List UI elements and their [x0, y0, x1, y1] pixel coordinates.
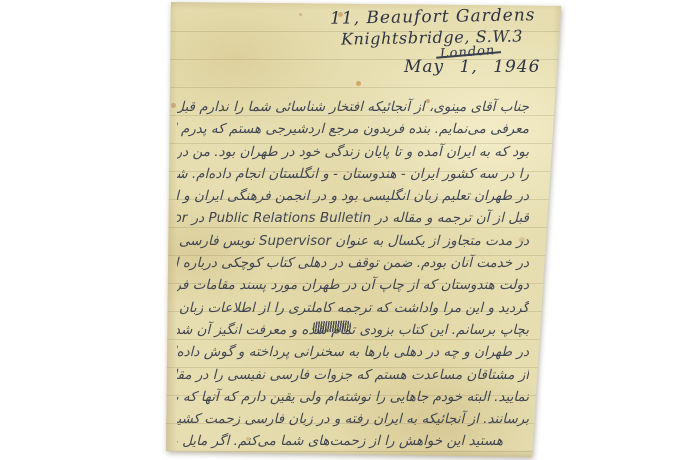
body-line: را در سه کشور ایران - هندوستان - و انگلس…: [177, 163, 529, 185]
foxing-spot: [171, 103, 176, 108]
letter-page: 11, Beaufort Gardens Knightsbridge, S.W.…: [163, 2, 563, 459]
address-line-1: 11, Beaufort Gardens: [330, 5, 536, 29]
body-line: هستید این خواهش را از زحمت‌های شما می‌کن…: [177, 430, 529, 452]
body-line: گردید و این مرا واداشت که ترجمه کاملتری …: [177, 297, 529, 319]
address-line-2: Knightsbridge, S.W.3: [341, 26, 523, 48]
foxing-spot: [356, 81, 361, 86]
body-line: بود که به ایران آمده و تا پایان زندگی خو…: [177, 141, 529, 163]
date-line: May 1, 1946: [404, 57, 540, 77]
body-line: در طهران و چه در دهلی بارها به سخنرانی پ…: [177, 341, 529, 363]
paper-sheet: 11, Beaufort Gardens Knightsbridge, S.W.…: [163, 2, 563, 459]
body-line: از مشتاقان مساعدت هستم که جزوات فارسی نف…: [177, 364, 529, 386]
body-line: بچاپ برسانم. این کتاب بزودی تمام شده و م…: [177, 319, 529, 341]
body-line: معرفی می‌نمایم. بنده فریدون مرجع اردشیرج…: [177, 118, 529, 140]
body-line: جناب آقای مینوی، از آنجائیکه افتخار شناس…: [177, 96, 529, 118]
body-line: برسانند. از آنجائیکه به ایران رفته و در …: [177, 408, 529, 430]
body-line: دولت هندوستان که از چاپ آن در طهران مورد…: [177, 274, 529, 296]
letter-body: جناب آقای مینوی، از آنجائیکه افتخار شناس…: [177, 96, 529, 453]
body-line: در خدمت آنان بودم. ضمن توقف در دهلی کتاب…: [177, 252, 529, 274]
body-line: در مدت متجاوز از یکسال به عنوان Supervis…: [177, 230, 529, 252]
foxing-spot: [299, 13, 302, 16]
ink-blot-strikeout: [313, 320, 351, 332]
body-line: قبل از آن ترجمه و مقاله در Public Relati…: [177, 207, 529, 229]
body-line: نمایید. البته خودم جاهایی را نوشته‌ام ول…: [177, 386, 529, 408]
body-line: در طهران تعلیم زبان انگلیسی بود و در انج…: [177, 185, 529, 207]
